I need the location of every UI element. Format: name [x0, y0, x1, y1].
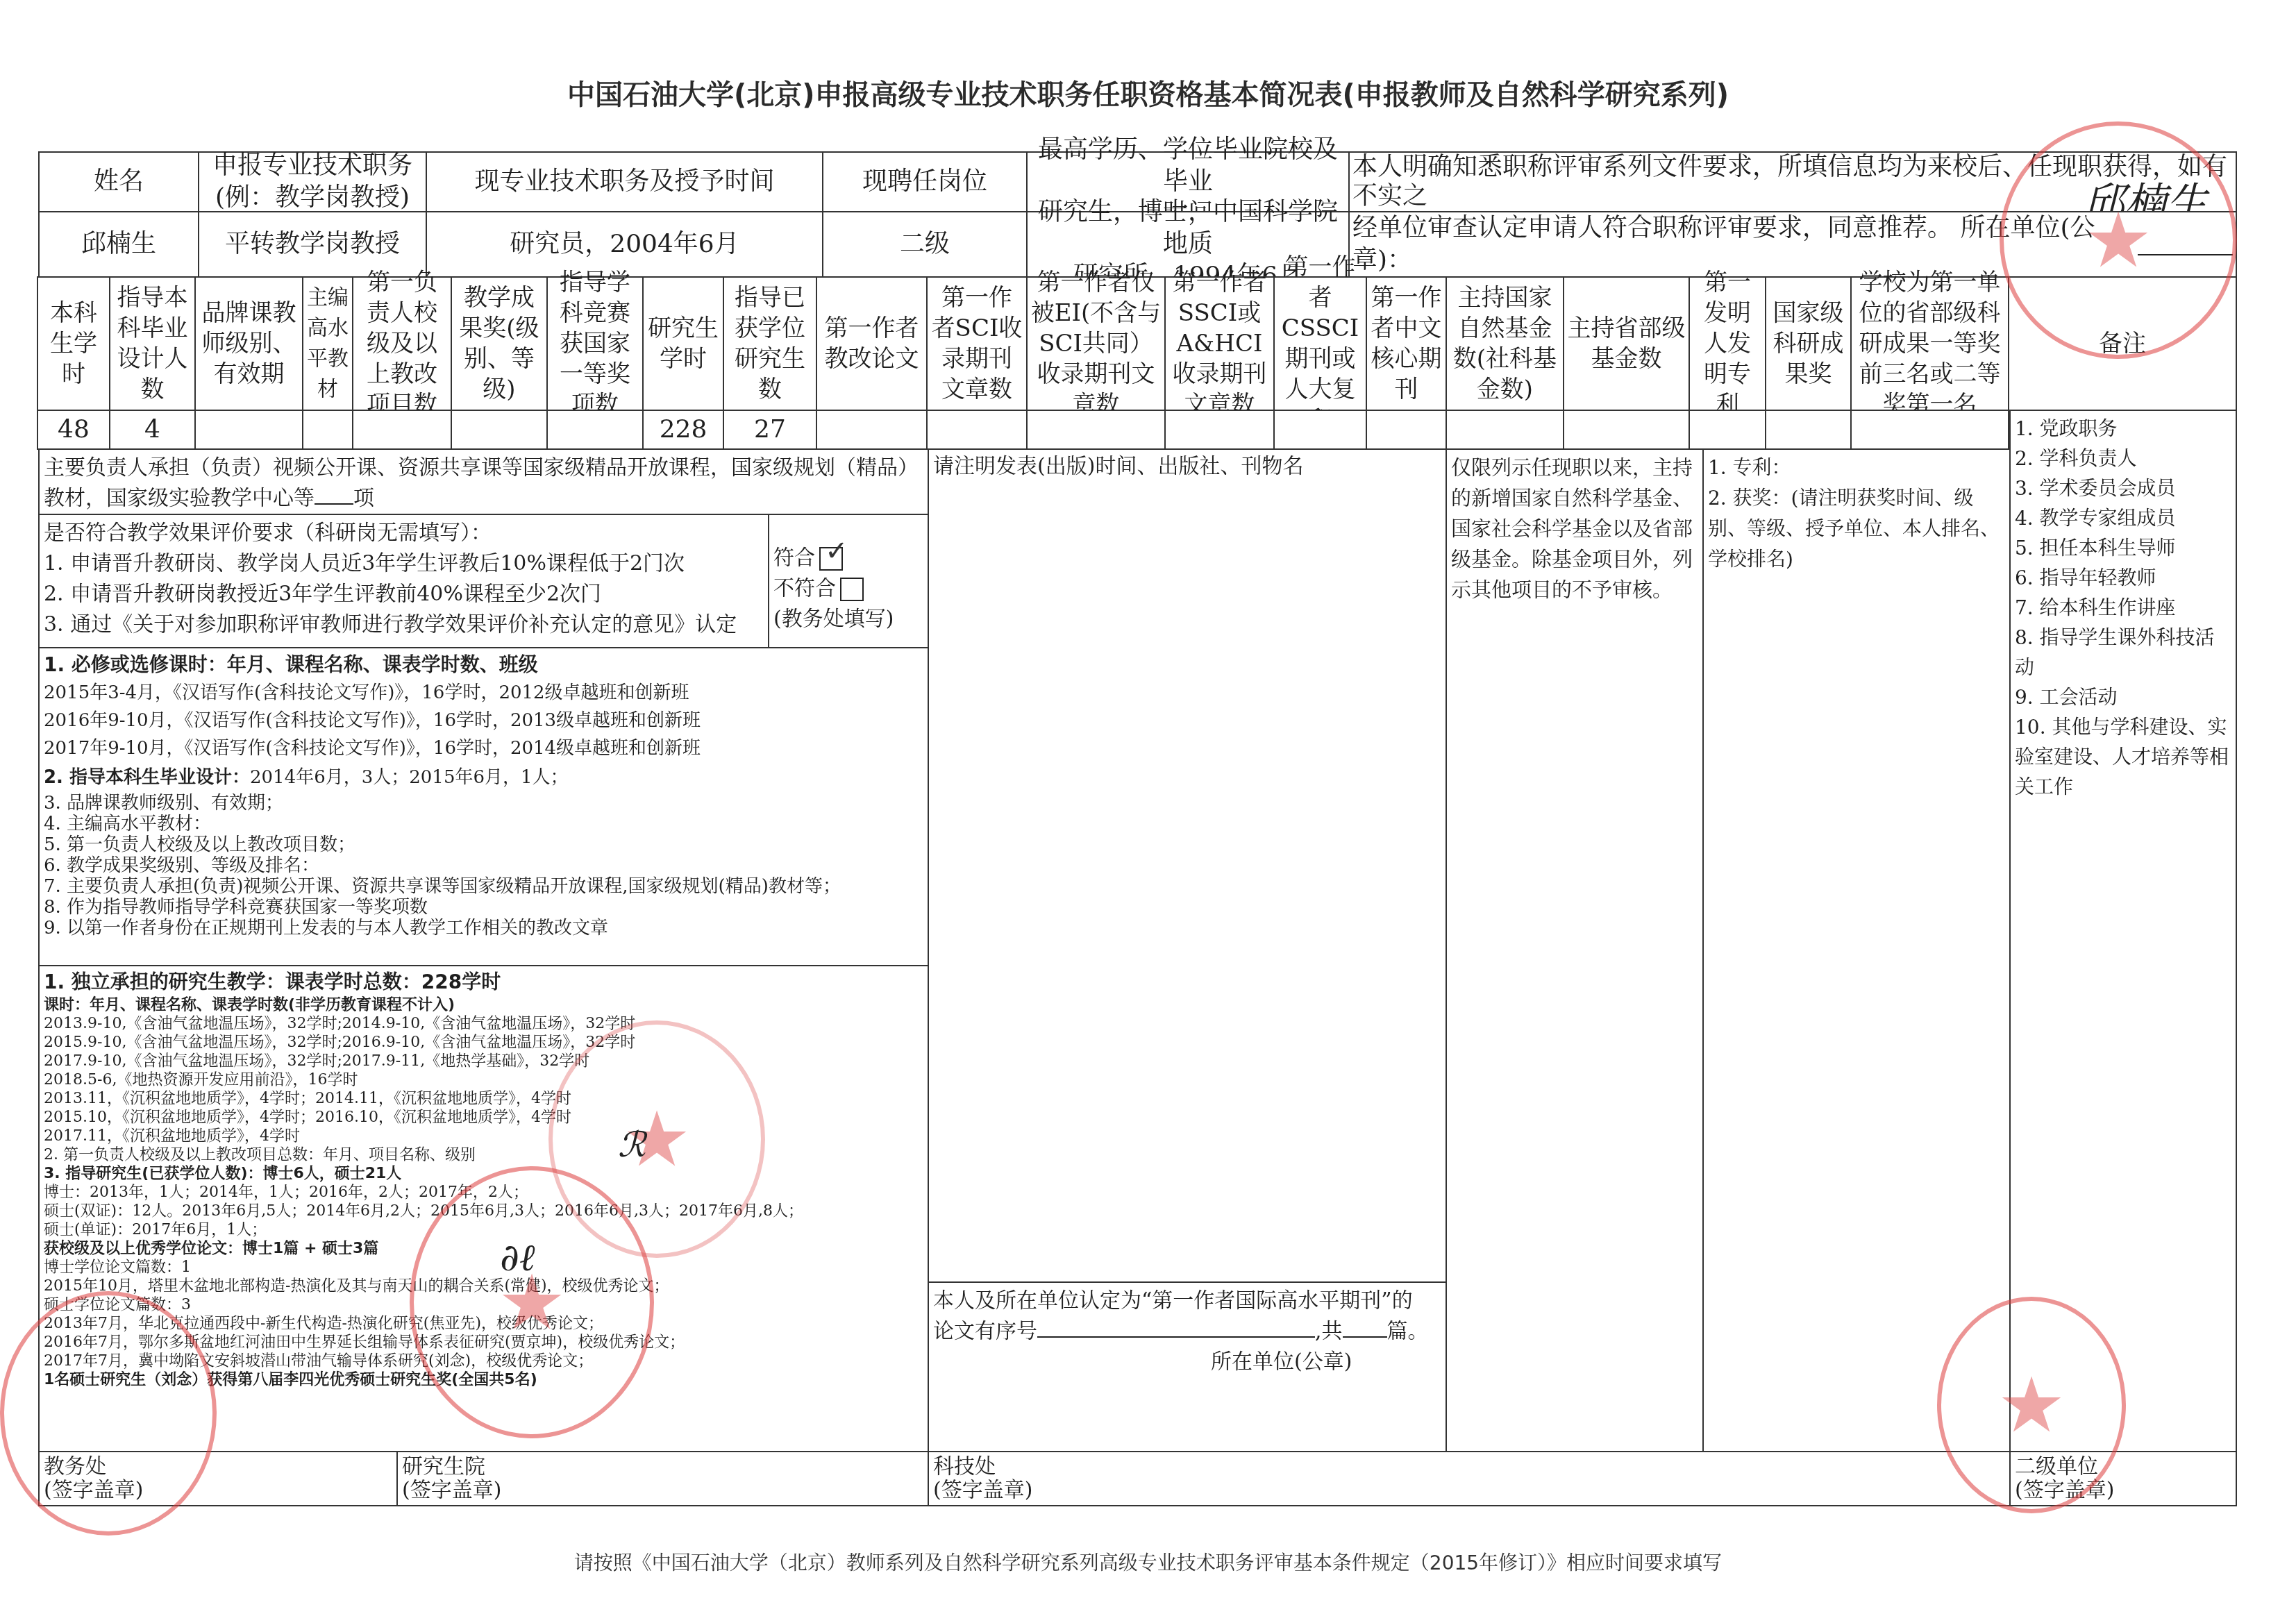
grad-course-item: 2017.9-10,《含油气盆地温压场》，32学时;2017.9-11,《地热学… — [44, 1052, 923, 1070]
value-19[interactable] — [1765, 410, 1852, 450]
position-label-line2: (例：教学岗教授) — [215, 182, 410, 214]
grad-course-item: 2017.11，《沉积盆地地质学》，4学时 — [44, 1127, 923, 1145]
current-post: 二级 — [822, 211, 1028, 278]
intl-total-field[interactable] — [1343, 1336, 1387, 1338]
footer-note: 请按照《中国石油大学（北京）教师系列及自然科学研究系列高级专业技术职务评审基本条… — [0, 1548, 2296, 1576]
position-label: 申报专业技术职务 (例：教学岗教授) — [198, 151, 427, 212]
education-label-line1: 最高学历、学位毕业院校及毕业 — [1028, 134, 1348, 198]
header-17: 主持省部级基金数 — [1563, 276, 1690, 411]
current-post-label: 现聘任岗位 — [822, 151, 1028, 212]
graduate-school-signoff: 研究生院 (签字盖章) — [396, 1451, 929, 1506]
national-courses-count[interactable] — [315, 503, 353, 505]
teaching-item: 8. 作为指导教师指导学科竞赛获国家一等奖项数 — [44, 897, 923, 918]
department-signoff: 二级单位 (签字盖章) — [2009, 1451, 2237, 1506]
pass-option[interactable]: 符合✓ — [773, 543, 923, 573]
header-8: 研究生学时 — [642, 276, 724, 411]
value-6[interactable] — [451, 410, 548, 450]
header-1: 本科生学时 — [37, 276, 110, 411]
value-16[interactable] — [1446, 410, 1564, 450]
remark-item: 7. 给本科生作讲座 — [2015, 593, 2231, 623]
value-15[interactable] — [1366, 410, 1447, 450]
header-7: 指导学科竞赛获国家一等奖项数 — [546, 276, 644, 411]
pass-checkbox[interactable]: ✓ — [819, 547, 843, 571]
check-icon: ✓ — [825, 536, 848, 566]
header-6: 教学成果奖(级别、等级) — [451, 276, 548, 411]
value-13[interactable] — [1164, 410, 1275, 450]
value-5[interactable] — [352, 410, 452, 450]
teaching-item: 9. 以第一作者身份在正规期刊上发表的与本人教学工作相关的教改文章 — [44, 918, 923, 939]
value-2[interactable]: 4 — [109, 410, 196, 450]
value-9[interactable]: 27 — [723, 410, 817, 450]
teaching-item: 6. 教学成果奖级别、等级及排名： — [44, 855, 923, 876]
header-11: 第一作者SCI收录期刊文章数 — [926, 276, 1028, 411]
grad-course-item: 2015.10，《沉积盆地地质学》，4学时；2016.10，《沉积盆地地质学》，… — [44, 1108, 923, 1127]
remark-item: 3. 学术委员会成员 — [2015, 473, 2231, 503]
funds-note: 仅限列示任现职以来，主持的新增国家自然科学基金、国家社会科学基金以及省部级基金。… — [1446, 448, 1704, 1452]
value-14[interactable] — [1273, 410, 1367, 450]
remark-item: 8. 指导学生课外科技活动 — [2015, 623, 2231, 682]
grad-course-item: 2013.11，《沉积盆地地质学》，4学时；2014.11，《沉积盆地地质学》，… — [44, 1089, 923, 1108]
header-18: 第一发明人发明专利 — [1689, 276, 1766, 411]
value-11[interactable] — [926, 410, 1028, 450]
evaluation-result: 符合✓ 不符合 (教务处填写) — [768, 514, 929, 648]
remark-item: 5. 担任本科生导师 — [2015, 533, 2231, 563]
value-17[interactable] — [1563, 410, 1690, 450]
remark-item: 6. 指导年轻教师 — [2015, 563, 2231, 593]
unit-seal-blank — [2138, 233, 2233, 255]
teaching-item: 7. 主要负责人承担(负责)视频公开课、资源共享课等国家级精品开放课程,国家级规… — [44, 876, 923, 897]
header-9: 指导已获学位研究生数 — [723, 276, 817, 411]
form-title: 中国石油大学(北京)申报高级专业技术职务任职资格基本简况表(申报教师及自然科学研… — [0, 73, 2296, 112]
teaching-item: 5. 第一负责人校级及以上教改项目数； — [44, 834, 923, 855]
grad-course-item: 2015.9-10,《含油气盆地温压场》，32学时;2016.9-10,《含油气… — [44, 1033, 923, 1052]
value-3[interactable] — [194, 410, 303, 450]
grad-course-item: 2013.9-10,《含油气盆地温压场》，32学时;2014.9-10,《含油气… — [44, 1014, 923, 1033]
header-12: 第一作者仅被EI(不含与SCI共同）收录期刊文章数 — [1026, 276, 1166, 411]
header-2: 指导本科毕业设计人数 — [109, 276, 196, 411]
unit-review: 经单位审查认定申请人符合职称评审要求，同意推荐。 所在单位(公章)： — [1348, 211, 2237, 278]
header-14: 第一作者CSSCI期刊或人大复印 — [1273, 276, 1367, 411]
value-4[interactable] — [302, 410, 353, 450]
value-7[interactable] — [546, 410, 644, 450]
remark-item: 1. 党政职务 — [2015, 414, 2231, 444]
value-8[interactable]: 228 — [642, 410, 724, 450]
header-13: 第一作者SSCI或A&HCI收录期刊文章数 — [1164, 276, 1275, 411]
header-15: 第一作者中文核心期刊 — [1366, 276, 1447, 411]
remark-item: 10. 其他与学科建设、实验室建设、人才培养等相关工作 — [2015, 712, 2231, 802]
applicant-name: 邱楠生 — [38, 211, 199, 278]
teaching-evaluation: 是否符合教学效果评价要求（科研岗无需填写）： 1. 申请晋升教研岗、教学岗人员近… — [38, 514, 769, 648]
fail-checkbox[interactable] — [840, 578, 864, 601]
national-courses: 主要负责人承担（负责）视频公开课、资源共享课等国家级精品开放课程，国家级规划（精… — [38, 448, 929, 515]
header-4: 主编高水平教材 — [302, 276, 353, 411]
remark-item: 2. 学科负责人 — [2015, 444, 2231, 473]
teaching-item: 4. 主编高水平教材： — [44, 814, 923, 834]
value-10[interactable] — [816, 410, 928, 450]
position-label-line1: 申报专业技术职务 — [212, 150, 412, 182]
pledge-line1: 本人明确知悉职称评审系列文件要求，所填信息均为来校后、任现职获得，如有不实之 — [1352, 153, 2233, 211]
education-line1: 研究生，博士，中国科学院地质 — [1028, 196, 1348, 260]
remark-item: 4. 教学专家组成员 — [2015, 503, 2231, 533]
header-19: 国家级科研成果奖 — [1765, 276, 1852, 411]
current-title-label: 现专业技术职务及授予时间 — [426, 151, 823, 212]
publications-note: 请注明发表(出版)时间、出版社、刊物名 — [928, 448, 1447, 1283]
grad-course-item: 2018.5-6,《地热资源开发应用前沿》，16学时 — [44, 1070, 923, 1089]
value-12[interactable] — [1026, 410, 1166, 450]
teaching-item: 3. 品牌课教师级别、有效期； — [44, 793, 923, 814]
remarks-list: 1. 党政职务2. 学科负责人3. 学术委员会成员4. 教学专家组成员5. 担任… — [2009, 410, 2237, 1498]
intl-serials-field[interactable] — [1037, 1336, 1315, 1338]
science-office-signoff: 科技处 (签字盖章) — [928, 1451, 2011, 1506]
academic-affairs-signoff: 教务处 (签字盖章) — [38, 1451, 398, 1506]
header-20: 学校为第一单位的省部级科研成果一等奖前三名或二等奖第一名 — [1850, 276, 2009, 411]
header-10: 第一作者教改论文 — [816, 276, 928, 411]
header-5: 第一负责人校级及以上教改项目数 — [352, 276, 452, 411]
header-16: 主持国家自然基金数(社科基金数) — [1446, 276, 1564, 411]
name-label: 姓名 — [38, 151, 199, 212]
header-21: 备注 — [2008, 276, 2237, 411]
fail-option[interactable]: 不符合 — [773, 573, 923, 604]
intl-journal-certification: 本人及所在单位认定为“第一作者国际高水平期刊”的 论文有序号,共篇。 所在单位(… — [928, 1281, 1447, 1452]
graduate-teaching: 1. 独立承担的研究生教学：课表学时总数：228学时 课时：年月、课程名称、课表… — [38, 965, 929, 1452]
remark-item: 9. 工会活动 — [2015, 682, 2231, 712]
value-18[interactable] — [1689, 410, 1766, 450]
header-3: 品牌课教师级别、有效期 — [194, 276, 303, 411]
undergrad-teaching: 1. 必修或选修课时：年月、课程名称、课表学时数、班级 2015年3-4月，《汉… — [38, 647, 929, 966]
value-1[interactable]: 48 — [37, 410, 110, 450]
patents-awards: 1. 专利： 2. 获奖：(请注明获奖时间、级别、等级、授予单位、本人排名、学校… — [1702, 448, 2011, 1452]
value-20[interactable] — [1850, 410, 2009, 450]
applicant-pledge: 本人明确知悉职称评审系列文件要求，所填信息均为来校后、任现职获得，如有不实之 处… — [1348, 151, 2237, 212]
